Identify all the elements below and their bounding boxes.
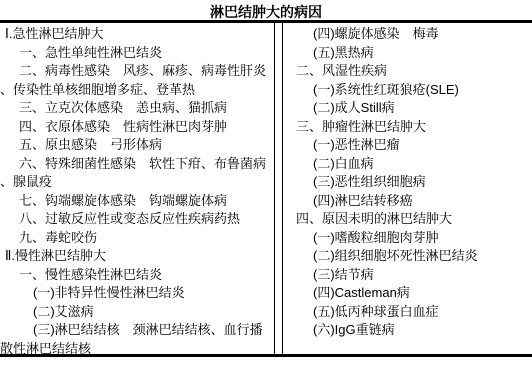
outline-item: 六、特殊细菌性感染 软性下疳、布鲁菌病 — [0, 155, 274, 174]
outline-item: Ⅱ.慢性淋巴结肿大 — [0, 247, 274, 266]
outline-item: (一)恶性淋巴瘤 — [283, 136, 532, 155]
outline-item: (二)组织细胞坏死性淋巴结炎 — [283, 247, 532, 266]
page-title: 淋巴结肿大的病因 — [210, 0, 322, 20]
document-page: 淋巴结肿大的病因 Ⅰ.急性淋巴结肿大 一、急性单纯性淋巴结炎 二、病毒性感染 风… — [0, 0, 532, 367]
outline-item: (四)Castleman病 — [283, 284, 532, 303]
outline-item: (五)黑热病 — [283, 44, 532, 63]
right-column: (四)螺旋体感染 梅毒 (五)黑热病 二、风湿性疾病 (一)系统性红斑狼疮(SL… — [283, 23, 532, 354]
outline-item: (二)白血病 — [283, 155, 532, 174]
outline-item: (一)系统性红斑狼疮(SLE) — [283, 81, 532, 100]
outline-item: 四、原因未明的淋巴结肿大 — [283, 210, 532, 229]
outline-item: (二)成人Still病 — [283, 99, 532, 118]
content-columns: Ⅰ.急性淋巴结肿大 一、急性单纯性淋巴结炎 二、病毒性感染 风疹、麻疹、病毒性肝… — [0, 23, 532, 357]
outline-item: 二、病毒性感染 风疹、麻疹、病毒性肝炎 — [0, 62, 274, 81]
column-divider — [274, 23, 283, 354]
outline-item: (三)恶性组织细胞病 — [283, 173, 532, 192]
outline-item: 四、衣原体感染 性病性淋巴肉芽肿 — [0, 118, 274, 137]
outline-item-continuation: 散性淋巴结结核 — [0, 340, 274, 355]
outline-item: (六)IgG重链病 — [283, 321, 532, 340]
outline-item: Ⅰ.急性淋巴结肿大 — [0, 25, 274, 44]
outline-item: (三)结节病 — [283, 266, 532, 285]
outline-item: 一、急性单纯性淋巴结炎 — [0, 44, 274, 63]
outline-item: (四)螺旋体感染 梅毒 — [283, 25, 532, 44]
outline-item-continuation: 、传染性单核细胞增多症、登革热 — [0, 81, 274, 100]
outline-item: (四)淋巴结转移癌 — [283, 192, 532, 211]
outline-item: (一)非特异性慢性淋巴结炎 — [0, 284, 274, 303]
outline-item: (五)低丙种球蛋白血症 — [283, 303, 532, 322]
outline-item: 三、肿瘤性淋巴结肿大 — [283, 118, 532, 137]
outline-item: 五、原虫感染 弓形体病 — [0, 136, 274, 155]
outline-item: 九、毒蛇咬伤 — [0, 229, 274, 248]
outline-item: 二、风湿性疾病 — [283, 62, 532, 81]
outline-item: 七、钩端螺旋体感染 钩端螺旋体病 — [0, 192, 274, 211]
outline-item: (一)嗜酸粒细胞肉芽肿 — [283, 229, 532, 248]
outline-item: (三)淋巴结结核 颈淋巴结结核、血行播 — [0, 321, 274, 340]
left-column: Ⅰ.急性淋巴结肿大 一、急性单纯性淋巴结炎 二、病毒性感染 风疹、麻疹、病毒性肝… — [0, 23, 274, 354]
outline-item: (二)艾滋病 — [0, 303, 274, 322]
outline-item: 三、立克次体感染 恙虫病、猫抓病 — [0, 99, 274, 118]
outline-item: 一、慢性感染性淋巴结炎 — [0, 266, 274, 285]
page-header: 淋巴结肿大的病因 — [0, 0, 532, 23]
outline-item-continuation: 、腺鼠疫 — [0, 173, 274, 192]
outline-item: 八、过敏反应性或变态反应性疾病药热 — [0, 210, 274, 229]
